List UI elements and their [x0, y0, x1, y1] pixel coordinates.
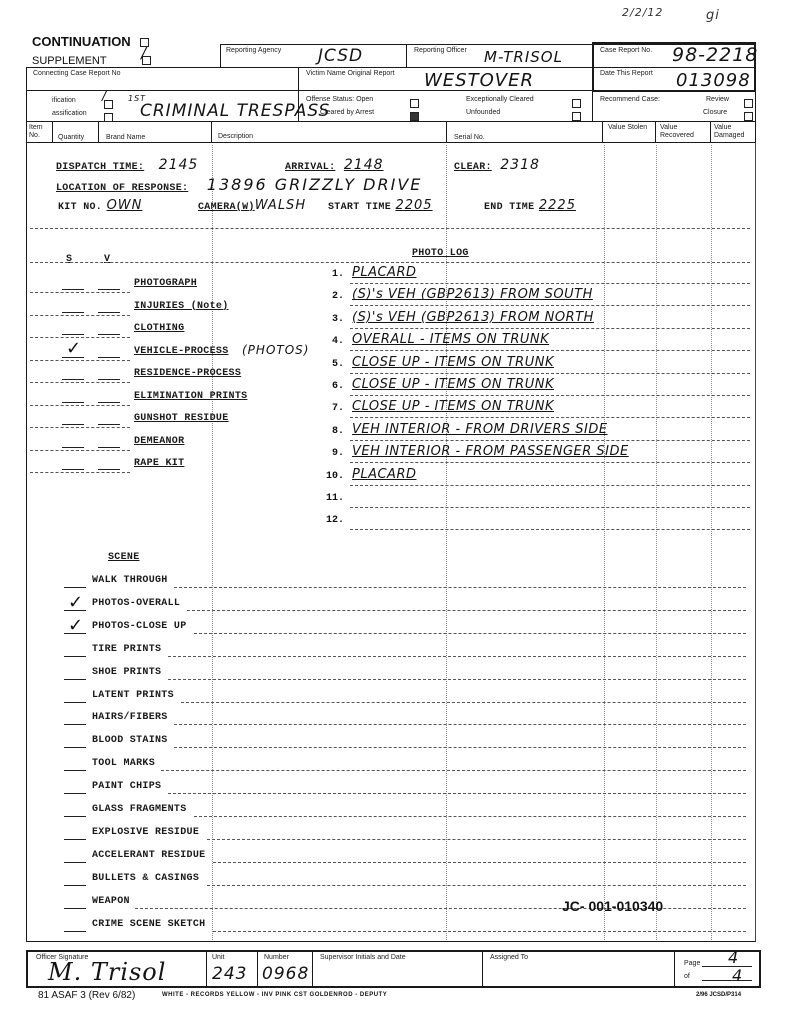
photo-log-number: 10.: [326, 471, 344, 482]
photo-log-number: 8.: [332, 426, 344, 437]
exceptionally-cleared-label: Exceptionally Cleared: [466, 96, 534, 103]
page-line: [702, 966, 752, 967]
unit-label: Unit: [212, 954, 224, 961]
bates-number: JC- 001-010340: [562, 898, 663, 914]
photo-log-number: 7.: [332, 403, 344, 414]
checklist-item-note: (PHOTOS): [242, 343, 309, 357]
photo-log-text[interactable]: CLOSE UP - ITEMS ON TRUNK: [352, 399, 554, 414]
scene-checkbox-line[interactable]: [64, 931, 86, 932]
col-serial-no: Serial No.: [454, 134, 485, 141]
classification-label: ification: [52, 97, 76, 104]
check-mark-icon: /: [102, 89, 107, 104]
scene-item-label: GLASS FRAGMENTS: [92, 804, 187, 815]
checklist-item-label: RAPE KIT: [134, 458, 184, 469]
start-time-value[interactable]: 2205: [395, 198, 432, 213]
of-line: [702, 980, 752, 981]
clear-row: CLEAR: 2318: [454, 156, 540, 174]
photo-log-text[interactable]: CLOSE UP - ITEMS ON TRUNK: [352, 377, 554, 392]
scene-checkbox-line[interactable]: [64, 862, 86, 863]
photo-log-number: 6.: [332, 381, 344, 392]
arrival-label: ARRIVAL:: [285, 162, 335, 173]
scene-checkbox-line[interactable]: [64, 908, 86, 909]
classification-value[interactable]: CRIMINAL TRESPASS: [140, 101, 330, 121]
unit-value[interactable]: 243: [212, 964, 247, 984]
scene-checkbox-line[interactable]: [64, 679, 86, 680]
photo-log-number: 2.: [332, 291, 344, 302]
clear-label: CLEAR:: [454, 162, 492, 173]
scene-checkbox-line[interactable]: [64, 747, 86, 748]
recommend-case-label: Recommend Case:: [600, 96, 660, 103]
v-checkbox-line[interactable]: [98, 312, 120, 313]
location-value[interactable]: 13896 GRIZZLY DRIVE: [207, 175, 423, 194]
checklist-item-label: PHOTOGRAPH: [134, 278, 197, 289]
photo-log-text[interactable]: PLACARD: [352, 265, 417, 280]
s-checkbox-line[interactable]: [62, 469, 84, 470]
location-label: LOCATION OF RESPONSE:: [56, 183, 188, 194]
scene-item-label: PHOTOS-OVERALL: [92, 598, 180, 609]
end-time-label: END TIME: [484, 202, 534, 213]
scene-item-label: HAIRS/FIBERS: [92, 712, 168, 723]
scene-item-label: PHOTOS-CLOSE UP: [92, 621, 187, 632]
s-checkbox-line[interactable]: [62, 447, 84, 448]
clear-value[interactable]: 2318: [500, 157, 540, 173]
scene-item-label: PAINT CHIPS: [92, 781, 161, 792]
photo-log-text[interactable]: CLOSE UP - ITEMS ON TRUNK: [352, 355, 554, 370]
scene-checkbox-line[interactable]: [64, 793, 86, 794]
checklist-item-label: VEHICLE-PROCESS: [134, 346, 229, 357]
check-mark-icon: ✓: [68, 592, 83, 613]
reporting-officer-label: Reporting Officer: [414, 47, 467, 54]
scene-item-label: SHOE PRINTS: [92, 667, 161, 678]
scene-item-label: TOOL MARKS: [92, 758, 155, 769]
number-value[interactable]: 0968: [262, 964, 309, 984]
scene-item-label: TIRE PRINTS: [92, 644, 161, 655]
reporting-agency-label: Reporting Agency: [226, 47, 281, 54]
photo-log-number: 12.: [326, 515, 344, 526]
camera-label: CAMERA(W): [198, 202, 255, 213]
photo-log-text[interactable]: (S)'s VEH (GBP2613) FROM SOUTH: [352, 287, 593, 302]
form-id: 81 ASAF 3 (Rev 6/82): [38, 990, 135, 1001]
scene-checkbox-line[interactable]: [64, 770, 86, 771]
check-mark-icon: /: [141, 44, 147, 62]
photo-log-text[interactable]: VEH INTERIOR - FROM DRIVERS SIDE: [352, 422, 608, 437]
s-checkbox-line[interactable]: [62, 379, 84, 380]
checklist-item-label: ELIMINATION PRINTS: [134, 391, 247, 402]
scene-item-label: BULLETS & CASINGS: [92, 873, 199, 884]
v-checkbox-line[interactable]: [98, 424, 120, 425]
photo-log-number: 9.: [332, 448, 344, 459]
dispatch-time-label: DISPATCH TIME:: [56, 162, 144, 173]
top-scribble-2: gi: [706, 8, 720, 23]
reporting-officer-value[interactable]: M-TRISOL: [484, 48, 563, 66]
location-row: LOCATION OF RESPONSE: 13896 GRIZZLY DRIV…: [56, 175, 422, 195]
start-time-label: START TIME: [328, 202, 391, 213]
s-column-header: S: [66, 254, 72, 265]
check-mark-icon: ✓: [68, 615, 83, 636]
camera-value[interactable]: WALSH: [255, 198, 306, 213]
v-checkbox-line[interactable]: [98, 447, 120, 448]
scene-checkbox-line[interactable]: [64, 724, 86, 725]
kit-row: KIT NO. OWN: [58, 196, 142, 214]
checklist-item-label: DEMEANOR: [134, 436, 184, 447]
photo-log-text[interactable]: OVERALL - ITEMS ON TRUNK: [352, 332, 549, 347]
col-value-recovered: Value Recovered: [660, 124, 708, 140]
continuation-label: CONTINUATION: [32, 34, 149, 49]
col-value-damaged: Value Damaged: [714, 124, 756, 140]
checklist-item-label: GUNSHOT RESIDUE: [134, 413, 229, 424]
camera-row: CAMERA(W)WALSH: [198, 196, 306, 214]
scene-item-label: ACCELERANT RESIDUE: [92, 850, 205, 861]
scene-title: SCENE: [108, 552, 140, 563]
cleared-by-arrest-label: Cleared by Arrest: [320, 109, 374, 116]
scene-checkbox-line[interactable]: [64, 839, 86, 840]
v-checkbox-line[interactable]: [98, 379, 120, 380]
victim-name-label: Victim Name Original Report: [306, 70, 395, 77]
col-brand-name: Brand Name: [106, 134, 145, 141]
scene-checkbox-line[interactable]: [64, 587, 86, 588]
scene-item-label: BLOOD STAINS: [92, 735, 168, 746]
v-column-header: V: [104, 254, 110, 265]
dispatch-time-value[interactable]: 2145: [159, 157, 199, 173]
photo-log-title: PHOTO LOG: [412, 248, 469, 259]
closure-label: Closure: [703, 109, 727, 116]
kit-label: KIT NO.: [58, 202, 102, 213]
scene-checkbox-line[interactable]: [64, 656, 86, 657]
arrival-value[interactable]: 2148: [344, 157, 384, 173]
photo-log-number: 4.: [332, 336, 344, 347]
scene-item-label: CRIME SCENE SKETCH: [92, 919, 205, 930]
scene-item-label: EXPLOSIVE RESIDUE: [92, 827, 199, 838]
date-this-report-value[interactable]: 013098: [676, 70, 751, 91]
case-report-no-value[interactable]: 98-2218: [672, 44, 758, 66]
kit-value[interactable]: OWN: [107, 198, 143, 213]
arrival-row: ARRIVAL: 2148: [285, 156, 384, 174]
of-label: of: [684, 973, 690, 980]
supplement-label: SUPPLEMENT: [32, 55, 107, 67]
check-mark-icon: ✓: [66, 338, 81, 359]
form-revision: 2/96 JCSD/P314: [696, 992, 741, 998]
offense-status-label: Offense Status: Open: [306, 96, 373, 103]
supervisor-initials-label: Supervisor Initials and Date: [320, 954, 406, 961]
scene-item-label: LATENT PRINTS: [92, 690, 174, 701]
photo-log-number: 5.: [332, 359, 344, 370]
v-checkbox-line[interactable]: [98, 402, 120, 403]
photo-log-text[interactable]: PLACARD: [352, 467, 417, 482]
s-checkbox-line[interactable]: [62, 312, 84, 313]
s-checkbox-line[interactable]: [62, 334, 84, 335]
s-checkbox-line[interactable]: [62, 424, 84, 425]
col-quantity: Quantity: [58, 134, 84, 141]
v-checkbox-line[interactable]: [98, 289, 120, 290]
s-checkbox-line[interactable]: [62, 402, 84, 403]
page-label: Page: [684, 960, 700, 967]
victim-name-value[interactable]: WESTOVER: [424, 70, 534, 91]
reclassification-label: assification: [52, 110, 87, 117]
reporting-agency-value[interactable]: JCSD: [318, 46, 363, 66]
scene-item-label: WEAPON: [92, 896, 130, 907]
v-checkbox-line[interactable]: [98, 357, 120, 358]
review-label: Review: [706, 96, 729, 103]
photo-log-number: 1.: [332, 269, 344, 280]
photo-log-number: 3.: [332, 314, 344, 325]
scene-checkbox-line[interactable]: [64, 885, 86, 886]
scene-checkbox-line[interactable]: [64, 816, 86, 817]
scene-checkbox-line[interactable]: [64, 702, 86, 703]
photo-log-text[interactable]: VEH INTERIOR - FROM PASSENGER SIDE: [352, 444, 629, 459]
page-total[interactable]: 4: [732, 966, 743, 985]
photo-log-text[interactable]: (S)'s VEH (GBP2613) FROM NORTH: [352, 310, 594, 325]
unfounded-label: Unfounded: [466, 109, 500, 116]
checklist-item-label: CLOTHING: [134, 323, 184, 334]
s-checkbox-line[interactable]: [62, 289, 84, 290]
scene-item-label: WALK THROUGH: [92, 575, 168, 586]
case-report-no-label: Case Report No.: [600, 47, 652, 54]
end-time-row: END TIME 2225: [484, 196, 576, 214]
connecting-case-label: Connecting Case Report No: [33, 70, 121, 77]
date-this-report-label: Date This Report: [600, 70, 653, 77]
col-value-stolen: Value Stolen: [608, 124, 652, 132]
col-item-no: Item No.: [29, 124, 51, 140]
checklist-item-label: INJURIES (Note): [134, 301, 229, 312]
checklist-item-label: RESIDENCE-PROCESS: [134, 368, 241, 379]
assigned-to-label: Assigned To: [490, 954, 528, 961]
page-value[interactable]: 4: [728, 948, 739, 967]
v-checkbox-line[interactable]: [98, 334, 120, 335]
end-time-value[interactable]: 2225: [539, 198, 576, 213]
photo-log-number: 11.: [326, 493, 344, 504]
copy-distribution: WHITE - RECORDS YELLOW - INV PINK CST GO…: [162, 992, 387, 998]
v-checkbox-line[interactable]: [98, 469, 120, 470]
number-label: Number: [264, 954, 289, 961]
top-scribble: 2/2/12: [622, 6, 663, 19]
col-description: Description: [218, 133, 253, 140]
dispatch-time-row: DISPATCH TIME: 2145: [56, 156, 198, 174]
start-time-row: START TIME 2205: [328, 196, 433, 214]
officer-signature[interactable]: M. Trisol: [48, 958, 166, 986]
